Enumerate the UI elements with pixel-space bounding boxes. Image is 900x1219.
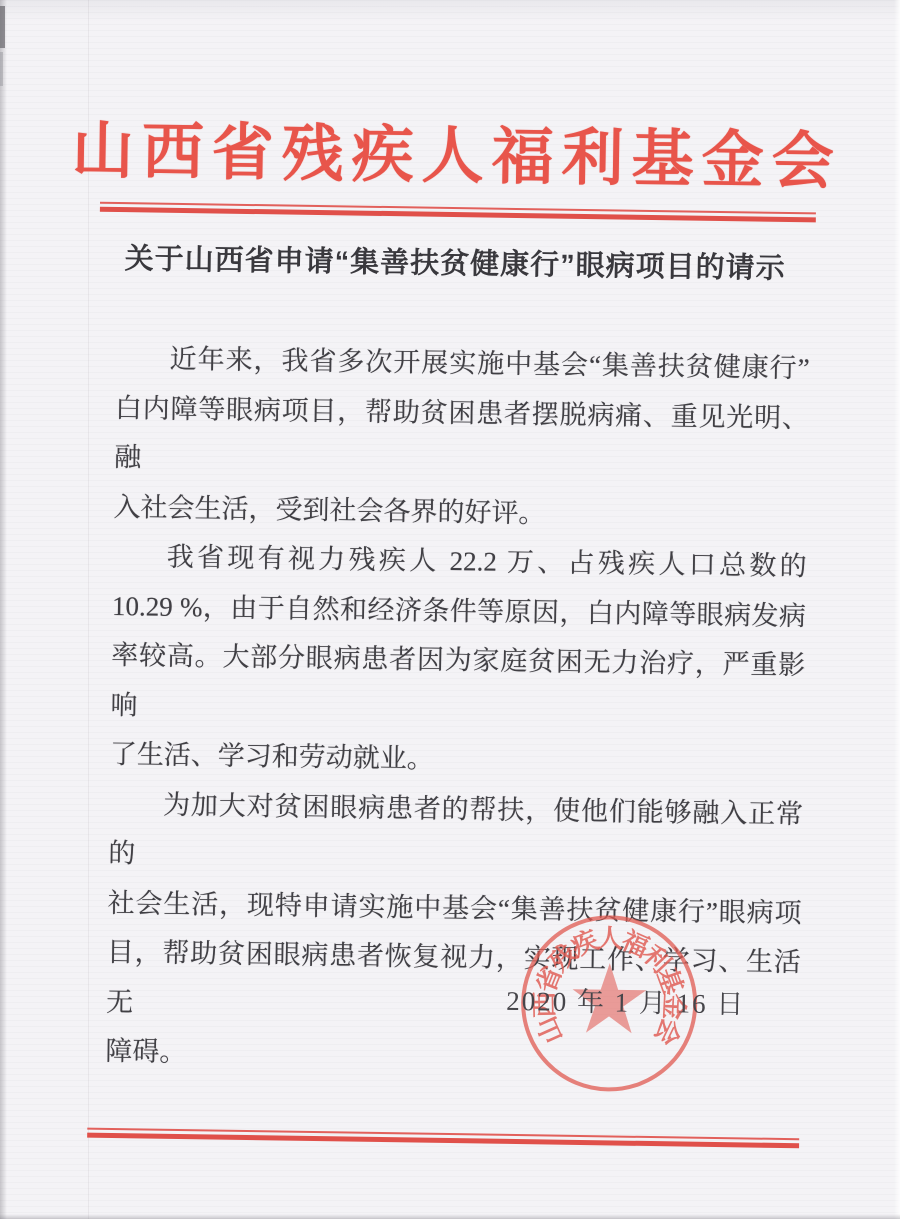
- body-line: 白内障等眼病项目，帮助贫困患者摆脱病痛、重见光明、融: [114, 384, 809, 493]
- scan-corner-mark: [0, 6, 5, 48]
- body-line: 率较高。大部分眼病患者因为家庭贫困无力治疗，严重影响: [110, 631, 805, 740]
- signature-date: 2020 年 1 月 16 日: [506, 979, 746, 1022]
- footer-rule: [87, 1128, 799, 1149]
- footer-rule-thick: [87, 1133, 799, 1149]
- letterhead-rule: [100, 202, 816, 223]
- scan-corner-mark: [0, 52, 3, 86]
- body-paragraphs: 近年来，我省多次开展实施中基会“集善扶贫健康行”白内障等眼病项目，帮助贫困患者摆…: [105, 334, 810, 1087]
- letterhead-org-name: 山西省残疾人福利基金会: [6, 99, 900, 201]
- document-content: 山西省残疾人福利基金会 关于山西省申请“集善扶贫健康行”眼病项目的请示 近年来，…: [0, 0, 900, 1219]
- letterhead-rule-thick: [100, 207, 816, 223]
- body-line: 为加大对贫困眼病患者的帮扶，使他们能够融入正常的: [108, 779, 803, 888]
- document-title: 关于山西省申请“集善扶贫健康行”眼病项目的请示: [5, 234, 900, 288]
- scanned-letter-page: 山西省残疾人福利基金会 关于山西省申请“集善扶贫健康行”眼病项目的请示 近年来，…: [0, 0, 900, 1219]
